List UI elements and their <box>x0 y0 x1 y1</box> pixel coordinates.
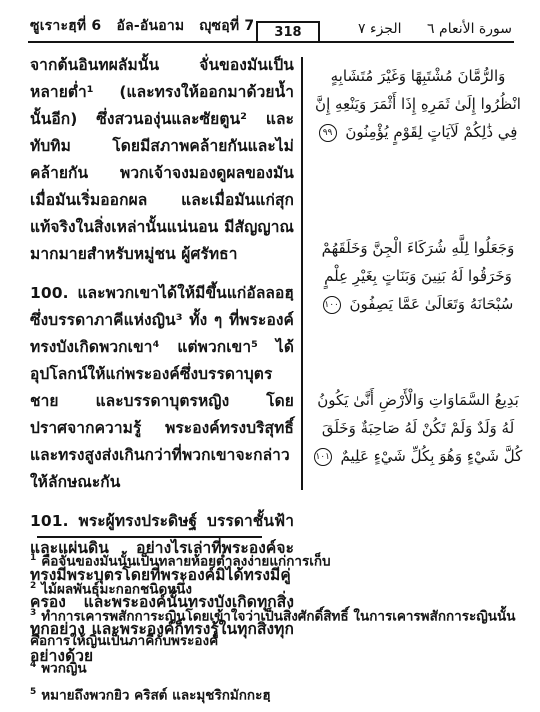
page-number-box: 318 <box>256 21 320 43</box>
footnote-separator-rule <box>37 536 262 538</box>
footnote-5-text: หมายถึงพวกยิว คริสต์ และมุชริกมักกะฮฺ <box>41 688 270 704</box>
footnote-5-marker: 5 <box>30 687 36 697</box>
footnote-2: 2ไม้ผลพันธุ์มะกอกชนิดหนึ่ง <box>30 574 522 602</box>
column-divider-rule <box>301 57 303 490</box>
arabic-verses-column: وَالرُّمَّانَ مُشْتَبِهًا وَغَيْرَ مُتَش… <box>312 52 524 492</box>
verse-number-medallion-99: ٩٩ <box>319 124 337 142</box>
header-juz-label-thai: ญุซอฺที่ 7 <box>199 18 254 34</box>
footnote-1-marker: 1 <box>30 553 36 563</box>
footnotes-list: 1คือจั่นของมันนั้นเป็นทลายห้อยต่ำลงง่ายแ… <box>30 546 522 708</box>
footnote-5: 5หมายถึงพวกยิว คริสต์ และมุชริกมักกะฮฺ <box>30 680 522 708</box>
footnote-4-text: พวกญิน <box>41 660 86 676</box>
footnote-3-marker: 3 <box>30 608 36 618</box>
footnote-1: 1คือจั่นของมันนั้นเป็นทลายห้อยต่ำลงง่ายแ… <box>30 546 522 574</box>
thai-paragraph-verse-99: จากต้นอินทผลัมนั้น จั่นของมันเป็นหลายต่ำ… <box>30 52 294 268</box>
footnote-4-marker: 4 <box>30 660 36 670</box>
footnote-1-text: คือจั่นของมันนั้นเป็นทลายห้อยต่ำลงง่ายแก… <box>41 554 330 570</box>
header-surah-label-thai: ซูเราะฮฺที่ 6 <box>30 18 101 34</box>
page-number: 318 <box>274 25 301 40</box>
footnote-3: 3ทำการเคารพสักการะญินโดยเข้าใจว่าเป็นสิ่… <box>30 601 522 653</box>
arabic-verse-100-text: وَجَعَلُوا لِلَّهِ شُرَكَاءَ الْجِنَّ وَ… <box>322 239 515 313</box>
arabic-verse-99: وَالرُّمَّانَ مُشْتَبِهًا وَغَيْرَ مُتَش… <box>312 62 524 146</box>
book-page: ซูเราะฮฺที่ 6 อัล-อันอาม ญุซอฺที่ 7 318 … <box>0 0 540 712</box>
arabic-verse-101: بَدِيعُ السَّمَاوَاتِ وَالْأَرْضِ أَنَّى… <box>312 386 524 470</box>
header-juz-label-arabic: الجزء ٧ <box>358 21 401 37</box>
arabic-verse-101-text: بَدِيعُ السَّمَاوَاتِ وَالْأَرْضِ أَنَّى… <box>317 391 522 465</box>
header-surah-title-arabic: سورة الأنعام ٦ <box>427 21 512 37</box>
footnote-2-text: ไม้ผลพันธุ์มะกอกชนิดหนึ่ง <box>41 581 192 597</box>
arabic-verse-100: وَجَعَلُوا لِلَّهِ شُرَكَاءَ الْجِنَّ وَ… <box>312 234 524 318</box>
verse-number-medallion-100: ١٠٠ <box>323 296 341 314</box>
arabic-verse-99-text: وَالرُّمَّانَ مُشْتَبِهًا وَغَيْرَ مُتَش… <box>315 67 521 141</box>
footnote-2-marker: 2 <box>30 581 36 591</box>
footnote-4: 4พวกญิน <box>30 653 522 681</box>
page-header: ซูเราะฮฺที่ 6 อัล-อันอาม ญุซอฺที่ 7 318 … <box>28 14 514 43</box>
header-surah-name-thai: อัล-อันอาม <box>116 18 184 34</box>
verse-number-medallion-101: ١٠١ <box>314 448 332 466</box>
thai-paragraph-verse-100: 100. และพวกเขาได้ให้มีขึ้นแก่อัลลอฮฺ ซึ่… <box>30 280 294 496</box>
header-thai-title: ซูเราะฮฺที่ 6 อัล-อันอาม ญุซอฺที่ 7 <box>30 15 264 37</box>
footnote-3-text: ทำการเคารพสักการะญินโดยเข้าใจว่าเป็นสิ่ง… <box>30 609 515 649</box>
